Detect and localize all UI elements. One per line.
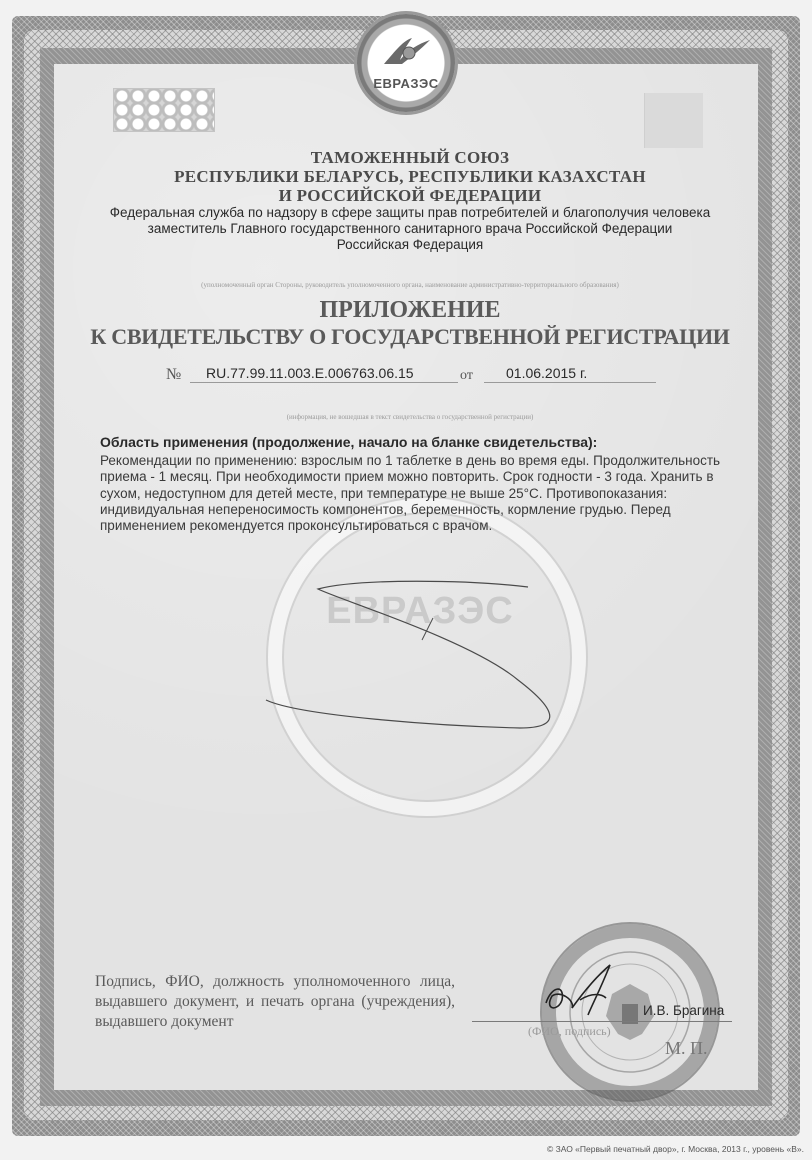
- scope-section: Область применения (продолжение, начало …: [100, 433, 740, 534]
- watermark-label: ЕВРАЗЭС: [300, 590, 540, 633]
- union-title-line-2: РЕСПУБЛИКИ БЕЛАРУСЬ, РЕСПУБЛИКИ КАЗАХСТА…: [70, 167, 750, 186]
- registration-date: 01.06.2015 г.: [506, 365, 587, 381]
- watermark-ring: [268, 498, 586, 816]
- authority-caption: (уполномоченный орган Стороны, руководит…: [120, 281, 700, 289]
- union-title-line-3: И РОССИЙСКОЙ ФЕДЕРАЦИИ: [70, 186, 750, 205]
- signatory-name: И.В. Брагина: [643, 1003, 724, 1018]
- date-underline: [484, 382, 656, 383]
- scope-heading: Область применения (продолжение, начало …: [100, 433, 740, 451]
- issuing-authority-line-3: Российская Федерация: [70, 237, 750, 253]
- title-line-1: ПРИЛОЖЕНИЕ: [70, 296, 750, 324]
- signature-line: [472, 1021, 732, 1022]
- date-label: от: [460, 368, 473, 384]
- printer-note: © ЗАО «Первый печатный двор», г. Москва,…: [547, 1144, 804, 1154]
- stamp-place-label: М. П.: [665, 1038, 708, 1059]
- document-title: ПРИЛОЖЕНИЕ К СВИДЕТЕЛЬСТВУ О ГОСУДАРСТВЕ…: [70, 296, 750, 350]
- union-title-line-1: ТАМОЖЕННЫЙ СОЮЗ: [70, 148, 750, 167]
- security-patch: [644, 93, 703, 148]
- issuing-authority-line-2: заместитель Главного государственного са…: [70, 221, 750, 237]
- registration-number: RU.77.99.11.003.E.006763.06.15: [206, 365, 414, 381]
- hologram-patch: [113, 88, 215, 132]
- document-header: ТАМОЖЕННЫЙ СОЮЗ РЕСПУБЛИКИ БЕЛАРУСЬ, РЕС…: [70, 148, 750, 253]
- registration-caption: (информация, не вошедшая в текст свидете…: [120, 413, 700, 421]
- number-underline: [190, 382, 458, 383]
- emblem-swoosh-icon: [382, 36, 432, 66]
- registration-row: № RU.77.99.11.003.E.006763.06.15 от 01.0…: [166, 364, 666, 386]
- issuing-authority-line-1: Федеральная служба по надзору в сфере за…: [70, 205, 750, 221]
- signature-caption: Подпись, ФИО, должность уполномоченного …: [95, 972, 455, 1032]
- scope-text: Рекомендации по применению: взрослым по …: [100, 453, 740, 534]
- title-line-2: К СВИДЕТЕЛЬСТВУ О ГОСУДАРСТВЕННОЙ РЕГИСТ…: [70, 324, 750, 350]
- emblem-label: ЕВРАЗЭС: [357, 76, 455, 91]
- evrazes-emblem: ЕВРАЗЭС: [357, 14, 455, 112]
- fio-label: (ФИО, подпись): [528, 1024, 611, 1039]
- number-label: №: [166, 366, 181, 384]
